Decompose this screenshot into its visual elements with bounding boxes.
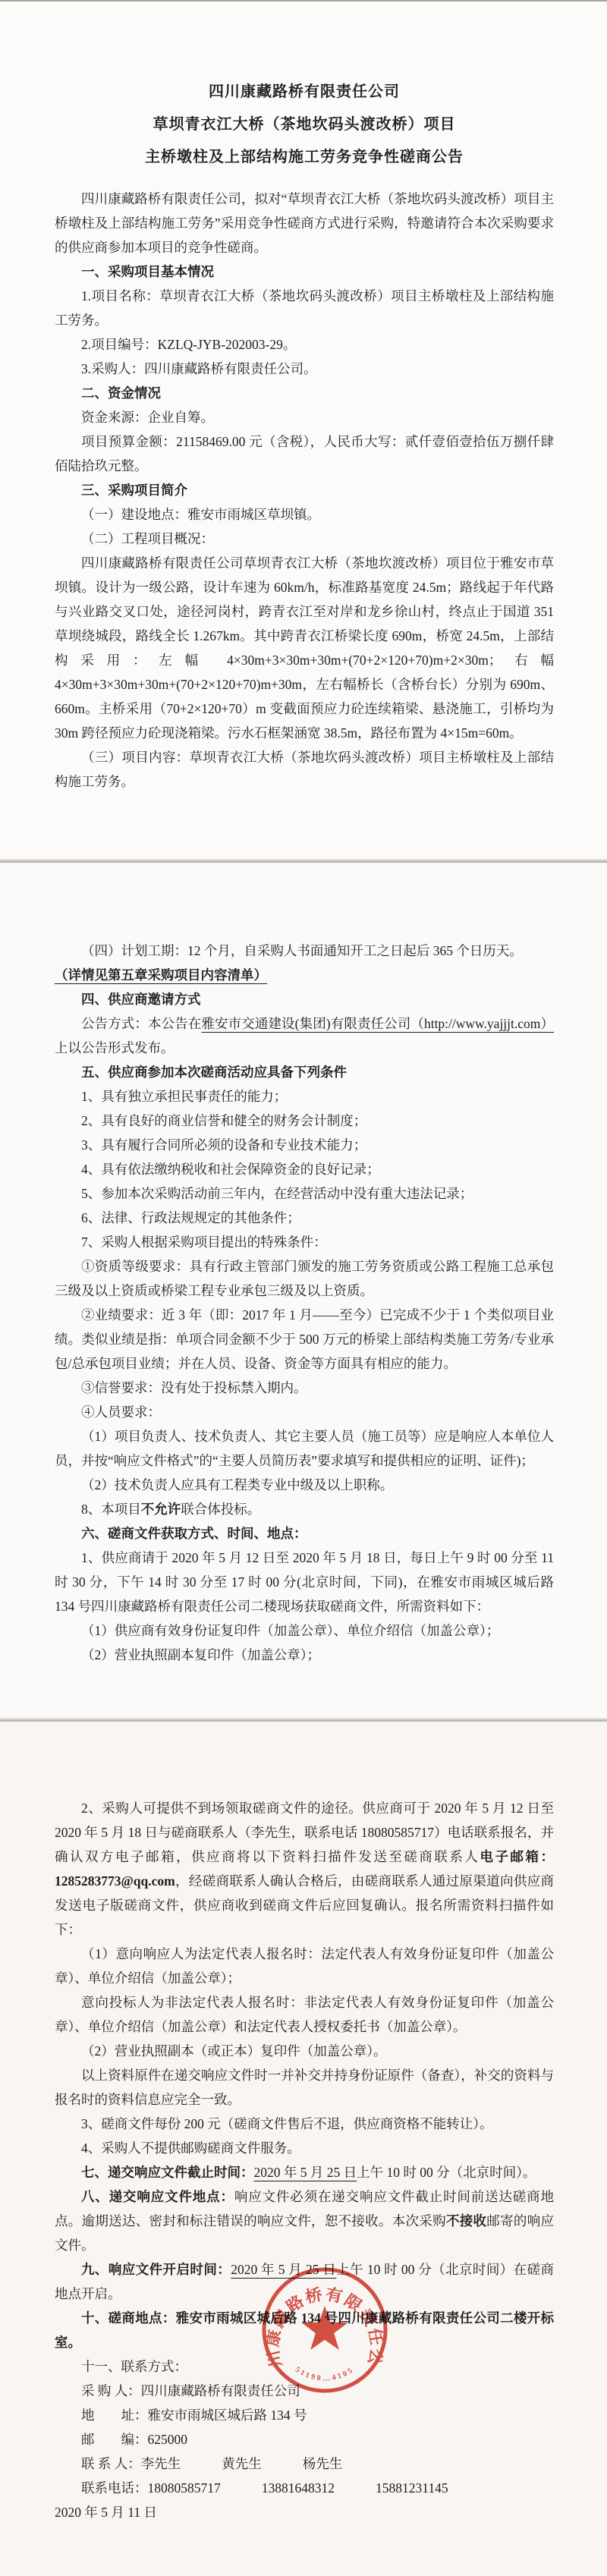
condition-8-suffix: 联合体投标。 [181,1502,260,1517]
section-9-opening-time: 九、响应文件开启时间：2020 年 5 月 25 日上午 10 时 00 分（北… [55,2257,554,2306]
condition-7: 7、采购人根据采购项目提出的特殊条件： [55,1230,554,1254]
document-fee: 3、磋商文件每份 200 元（磋商文件售后不退，供应商资格不能转让）。 [55,2112,554,2136]
condition-8: 8、本项目不允许联合体投标。 [55,1497,554,1521]
submission-deadline-date: 2020 年 5 月 25 日 [254,2165,357,2180]
buyer-label: 采 购 人： [81,2379,141,2403]
purchaser: 3.采购人：四川康藏路桥有限责任公司。 [55,357,554,381]
condition-3: 3、具有履行合同所必须的设备和专业技术能力； [55,1133,554,1157]
section-1-heading: 一、采购项目基本情况 [55,259,554,284]
section-6-heading: 六、磋商文件获取方式、时间、地点： [55,1521,554,1546]
remote-registration-info: 2、采购人可提供不到场领取磋商文件的途径。供应商可于 2020 年 5 月 12… [55,1796,554,1942]
pickup-material-2: （2）营业执照副本复印件（加盖公章）； [55,1643,554,1667]
phone-number-1: 18080585717 [148,2476,221,2500]
phone-number-2: 13881648312 [262,2476,335,2500]
personnel-requirement-2: （2）技术负责人应具有工程类专业中级及以上职称。 [55,1473,554,1497]
announcement-site-link: 雅安市交通建设(集团)有限责任公司（http://www.yajjjt.com） [201,1016,554,1031]
project-overview-label: （二）工程项目概况： [55,527,554,551]
special-requirement-qualification: ①资质等级要求：具有行政主管部门颁发的施工劳务资质或公路工程施工总承包三级及以上… [55,1254,554,1303]
project-number: 2.项目编号：KZLQ-JYB-202003-29。 [55,332,554,357]
announcement-prefix: 公告方式：本公告在 [81,1016,201,1031]
opening-date: 2020 年 5 月 25 日 [231,2262,336,2277]
no-mail-emphasis: 不接收 [446,2213,486,2228]
announcement-method: 公告方式：本公告在雅安市交通建设(集团)有限责任公司（http://www.ya… [55,1011,554,1060]
special-requirement-personnel: ④人员要求： [55,1400,554,1424]
project-budget: 项目预算金额：21158469.00 元（含税），人民币大写：贰仟壹佰壹拾伍万捌… [55,429,554,478]
planned-duration: （四）计划工期：12 个月，自采购人书面通知开工之日起后 365 个日历天。 [55,939,554,963]
section-11-heading: 十一、联系方式： [55,2354,554,2379]
section-2-heading: 二、资金情况 [55,381,554,405]
buyer-value: 四川康藏路桥有限责任公司 [141,2379,300,2403]
document-pickup-info: 1、供应商请于 2020 年 5 月 12 日至 2020 年 5 月 18 日… [55,1546,554,1618]
contact-name-2: 黄先生 [222,2452,262,2476]
project-overview: 四川康藏路桥有限责任公司草坝青衣江大桥（茶地坎渡改桥）项目位于雅安市草坝镇。设计… [55,551,554,745]
fund-source: 资金来源：企业自筹。 [55,405,554,429]
address-value: 雅安市雨城区城后路 134 号 [148,2403,307,2427]
announcement-suffix: 上以公告形式发布。 [55,1040,175,1055]
scan-edge [0,0,607,2]
document-date: 2020 年 5 月 11 日 [55,2500,554,2524]
project-name: 1.项目名称：草坝青衣江大桥（茶地坎码头渡改桥）项目主桥墩柱及上部结构施工劳务。 [55,284,554,332]
submission-deadline-time: 上午 10 时 00 分（北京时间）。 [357,2165,536,2180]
section-7-label: 七、递交响应文件截止时间： [81,2165,254,2180]
no-mail-order-note: 4、采购人不提供邮购磋商文件服务。 [55,2136,554,2160]
section-8-location: 八、递交响应文件地点：响应文件必须在递交响应文件截止时间前送达磋商地点。逾期送达… [55,2184,554,2257]
section-8-label: 八、递交响应文件地点： [81,2189,234,2204]
phones-label: 联系电话： [81,2476,148,2500]
phones-row: 联系电话： 18080585717 13881648312 1588123114… [55,2476,554,2500]
title-line-2: 草坝青衣江大桥（茶地坎码头渡改桥）项目 [55,109,554,141]
contact-name-3: 杨先生 [303,2452,343,2476]
condition-8-prefix: 8、本项目 [81,1502,141,1517]
page-3: 2、采购人可提供不到场领取磋商文件的途径。供应商可于 2020 年 5 月 12… [0,1722,607,2576]
section-4-heading: 四、供应商邀请方式 [55,987,554,1011]
zip-label: 邮 编： [81,2427,148,2452]
address-row: 地 址： 雅安市雨城区城后路 134 号 [55,2403,554,2427]
special-requirement-credit: ③信誉要求：没有处于投标禁入期内。 [55,1376,554,1400]
contact-name-1: 李先生 [141,2452,181,2476]
condition-8-emphasis: 不允许 [141,1502,181,1517]
section-9-label: 九、响应文件开启时间： [81,2262,231,2277]
page-2: （四）计划工期：12 个月，自采购人书面通知开工之日起后 365 个日历天。 （… [0,863,607,1722]
registration-material-1: （1）意向响应人为法定代表人报名时：法定代表人有效身份证复印件（加盖公章）、单位… [55,1942,554,1990]
buyer-row: 采 购 人： 四川康藏路桥有限责任公司 [55,2379,554,2403]
section-10-venue: 十、磋商地点：雅安市雨城区城后路 134 号四川康藏路桥有限责任公司二楼开标室。 [55,2306,554,2354]
contacts-label: 联 系 人： [81,2452,141,2476]
section-7-deadline: 七、递交响应文件截止时间：2020 年 5 月 25 日上午 10 时 00 分… [55,2160,554,2184]
contacts-row: 联 系 人： 李先生 黄先生 杨先生 [55,2452,554,2476]
page-1: 四川康藏路桥有限责任公司 草坝青衣江大桥（茶地坎码头渡改桥）项目 主桥墩柱及上部… [0,0,607,863]
phone-number-3: 15881231145 [376,2476,448,2500]
phone-numbers: 18080585717 13881648312 15881231145 [148,2476,448,2500]
condition-1: 1、具有独立承担民事责任的能力； [55,1084,554,1109]
pickup-material-1: （1）供应商有效身份证复印件（加盖公章）、单位介绍信（加盖公章）； [55,1618,554,1643]
condition-6: 6、法律、行政法规规定的其他条件； [55,1206,554,1230]
zip-value: 625000 [148,2427,188,2452]
address-label: 地 址： [81,2403,148,2427]
personnel-requirement-1: （1）项目负责人、技术负责人、其它主要人员（施工员等）应是响应人本单位人员，并按… [55,1424,554,1473]
intro-paragraph: 四川康藏路桥有限责任公司，拟对“草坝青衣江大桥（茶地坎码头渡改桥）项目主桥墩柱及… [55,187,554,259]
condition-5: 5、参加本次采购活动前三年内，在经营活动中没有重大违法记录； [55,1181,554,1206]
section-5-heading: 五、供应商参加本次磋商活动应具备下列条件 [55,1060,554,1084]
condition-4: 4、具有依法缴纳税收和社会保障资金的良好记录； [55,1157,554,1181]
title-line-1: 四川康藏路桥有限责任公司 [55,76,554,109]
detail-note: （详情见第五章采购项目内容清单） [55,963,554,987]
special-requirement-performance: ②业绩要求：近 3 年（即：2017 年 1 月——至今）已完成不少于 1 个类… [55,1303,554,1376]
condition-2: 2、具有良好的商业信誉和健全的财务会计制度； [55,1109,554,1133]
construction-location: （一）建设地点：雅安市雨城区草坝镇。 [55,502,554,527]
document-title-block: 四川康藏路桥有限责任公司 草坝青衣江大桥（茶地坎码头渡改桥）项目 主桥墩柱及上部… [55,76,554,174]
section-3-heading: 三、采购项目简介 [55,478,554,502]
zip-row: 邮 编： 625000 [55,2427,554,2452]
registration-material-1b: 意向投标人为非法定代表人报名时：非法定代表人有效身份证复印件（加盖公章）、单位介… [55,1990,554,2039]
procurement-announcement-document: 四川康藏路桥有限责任公司 草坝青衣江大桥（茶地坎码头渡改桥）项目 主桥墩柱及上部… [0,0,607,2576]
project-content: （三）项目内容：草坝青衣江大桥（茶地坎码头渡改桥）项目主桥墩柱及上部结构施工劳务… [55,745,554,794]
title-line-3: 主桥墩柱及上部结构施工劳务竞争性磋商公告 [55,141,554,174]
original-documents-note: 以上资料原件在递交响应文件时一并补交并持身份证原件（备查），补交的资料与报名时的… [55,2063,554,2112]
registration-material-2: （2）营业执照副本（或正本）复印件（加盖公章）。 [55,2039,554,2063]
contact-names: 李先生 黄先生 杨先生 [141,2452,343,2476]
